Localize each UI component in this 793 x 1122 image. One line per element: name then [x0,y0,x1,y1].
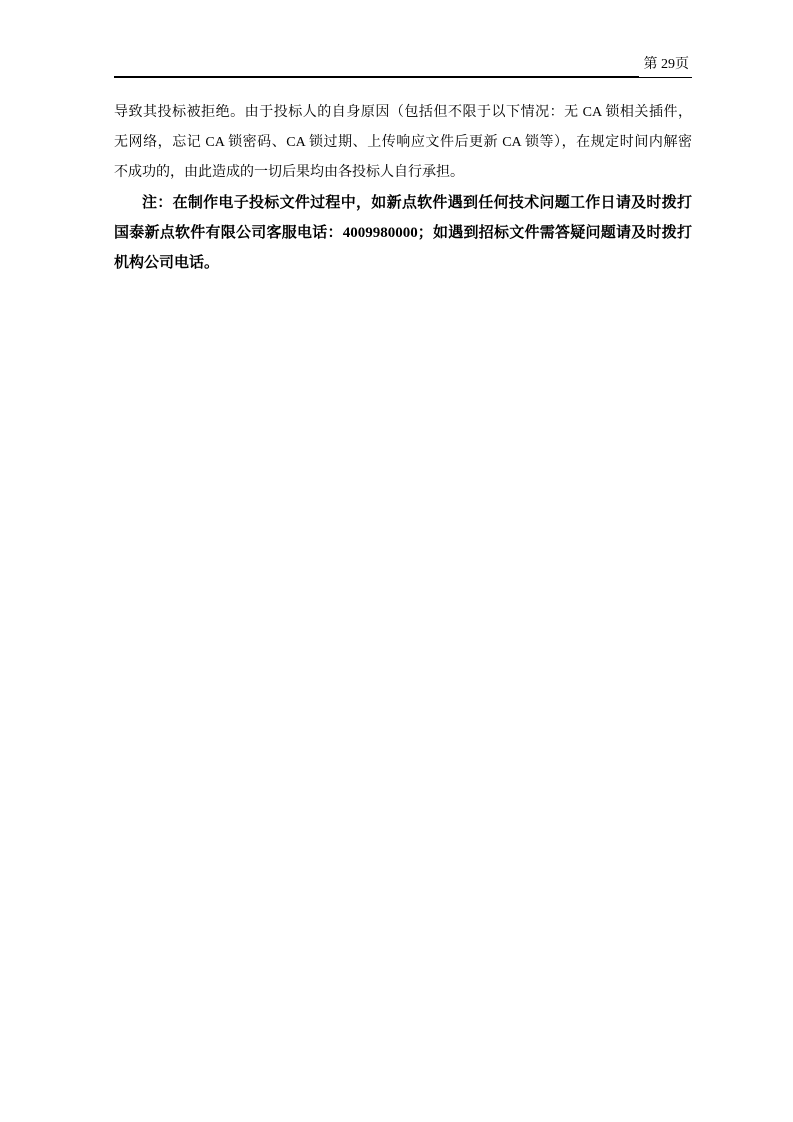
document-page: 第 29页 导致其投标被拒绝。由于投标人的自身原因（包括但不限于以下情况：无 C… [0,0,793,1122]
note-line: 国泰新点软件有限公司客服电话：4009980000；如遇到招标文件需答疑问题请及… [114,218,692,248]
paragraph-note: 注：在制作电子投标文件过程中，如新点软件遇到任何技术问题工作日请及时拨打江苏 国… [114,188,692,278]
paragraph-bid-rejection: 导致其投标被拒绝。由于投标人的自身原因（包括但不限于以下情况：无 CA 锁相关插… [114,98,692,188]
document-body: 导致其投标被拒绝。由于投标人的自身原因（包括但不限于以下情况：无 CA 锁相关插… [114,98,692,278]
paragraph-line: 不成功的，由此造成的一切后果均由各投标人自行承担。 [114,158,692,188]
note-line: 机构公司电话。 [114,248,692,278]
page-header: 第 29页 [114,56,692,78]
page-number: 第 29页 [639,56,693,78]
header-rule [114,76,639,78]
paragraph-line: 导致其投标被拒绝。由于投标人的自身原因（包括但不限于以下情况：无 CA 锁相关插… [114,98,692,128]
note-line: 注：在制作电子投标文件过程中，如新点软件遇到任何技术问题工作日请及时拨打江苏 [114,188,692,218]
paragraph-line: 无网络，忘记 CA 锁密码、CA 锁过期、上传响应文件后更新 CA 锁等），在规… [114,128,692,158]
